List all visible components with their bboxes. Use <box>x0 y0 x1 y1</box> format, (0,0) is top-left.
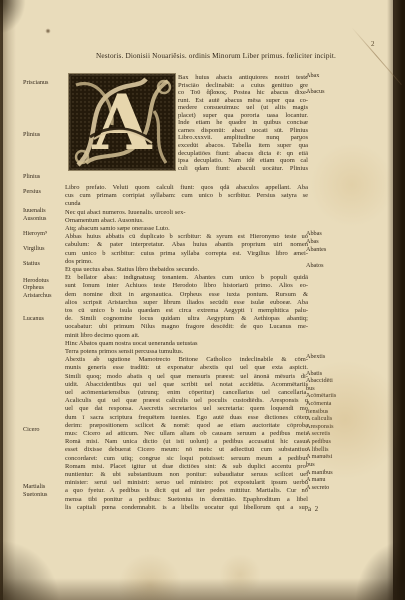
text-line: sunt Ionum inter Achiuos teste Herodoto … <box>65 282 308 290</box>
page-edge-right <box>387 0 405 600</box>
text-line: Abextis ab ugutione Mamotrecto Britone C… <box>65 356 308 364</box>
text-line: Nec qui abaci numeros. Iuuenalis. urceol… <box>65 209 308 216</box>
text-line: Atq; abacum samio sæpe onerasse Luto. <box>65 225 308 232</box>
text-line: dos primo. <box>65 258 308 265</box>
text-line: dum ī sacra scriptura frequētem iuenies.… <box>65 414 308 422</box>
text-line: nuntientur: & ubi substantiuum non ponit… <box>65 471 308 479</box>
book-page-photo: Nestoris. Dionisii Nouariēsis. ordinis M… <box>0 0 405 600</box>
text-line: cum unico b scribitur: cuius prima sylla… <box>65 250 308 258</box>
text-line: Libro prefato. Veluti quom calculi fiunt… <box>65 184 308 192</box>
text-line: Acaliculis qui uel quæ præest caliculis … <box>65 397 308 405</box>
text-line: minit libro decimo quom ait. <box>65 332 308 339</box>
text-line: cunda <box>65 200 308 207</box>
text-line: Terra potens primos sensit percussa tumu… <box>65 348 308 355</box>
text-line: Simili quoq; modo abatis q uel quæ mensu… <box>65 373 308 381</box>
text-line: uel que dat responsa. Asecretis secretar… <box>65 405 308 413</box>
text-line: Romam misi. Placet igitur ut duæ dictiōe… <box>65 463 308 471</box>
text-line: Et qua uectus abas. Statius libro thebai… <box>65 266 308 273</box>
text-line: lis capitali pœna condemnabit. is a libe… <box>65 504 308 512</box>
text-line: Et bellator abas: indignatusq; tonantem.… <box>65 274 308 282</box>
text-line: munis generis esse traditū: ut exponatur… <box>65 364 308 372</box>
text-line: concordaret: cum utiq; congrue sic loqui… <box>65 455 308 463</box>
gathering-signature: a 2 <box>308 506 319 513</box>
text-block: Bax huius abacis antiquiores nostri test… <box>0 0 405 600</box>
text-line: Romā misi. Nam unica dictio (ut isti uol… <box>65 438 308 446</box>
text-line: culi qdam fiunt: abaculi uocātur. Pliniu… <box>178 165 308 173</box>
text-line: Abbas huius abbatis cū duplicato b scrib… <box>65 233 308 241</box>
text-line: esset dixisse debuerat Cicero meum: nō m… <box>65 446 308 454</box>
text-line: minister: serui uel ministri: seruo uel … <box>65 479 308 487</box>
text-line: uidit. Abaccidentibus qui uel quæ scribi… <box>65 381 308 389</box>
text-line: derim: præpositionem scilicet & nomē: qu… <box>65 422 308 430</box>
text-line: Hinc Abatos quam nostra uocat ueneranda … <box>65 340 308 347</box>
text-line: uel acōmentariensibus (utrunq; enim cōpe… <box>65 389 308 397</box>
text-line: mensa tibi ponitur a pedibus: Suetonius … <box>65 496 308 504</box>
page-edge-bottom <box>0 578 405 600</box>
page-edge-left <box>0 0 16 600</box>
text-line: a quo fyetur. A pedibus is dicit qui ad … <box>65 487 308 495</box>
corner-shadow-bottom-right <box>355 540 405 600</box>
text-line: mus: Cicero ad atticum. Nec ullam aliam … <box>65 430 308 438</box>
text-line: cus cum primam corripiat syllabam: cum u… <box>65 192 308 200</box>
text-line: alios scripsit Aristarchus super librum … <box>65 299 308 307</box>
text-line: dem nomine dixit in argonautica. Orpheus… <box>65 291 308 299</box>
text-line: de. Simili cognomine locus quidam ultra … <box>65 315 308 323</box>
corner-shadow-top-left <box>0 0 26 34</box>
text-line: cabulum: & pater interpretatur. Abas hui… <box>65 241 308 249</box>
text-line: uocabatur: ubi primum Nilus magno fragor… <box>65 323 308 331</box>
corner-shadow-bottom-left <box>0 540 60 600</box>
text-line: tos cū unico b isula quædam est circa ex… <box>65 307 308 315</box>
text-line: Ornamentum abaci. Ausonius. <box>65 217 308 224</box>
